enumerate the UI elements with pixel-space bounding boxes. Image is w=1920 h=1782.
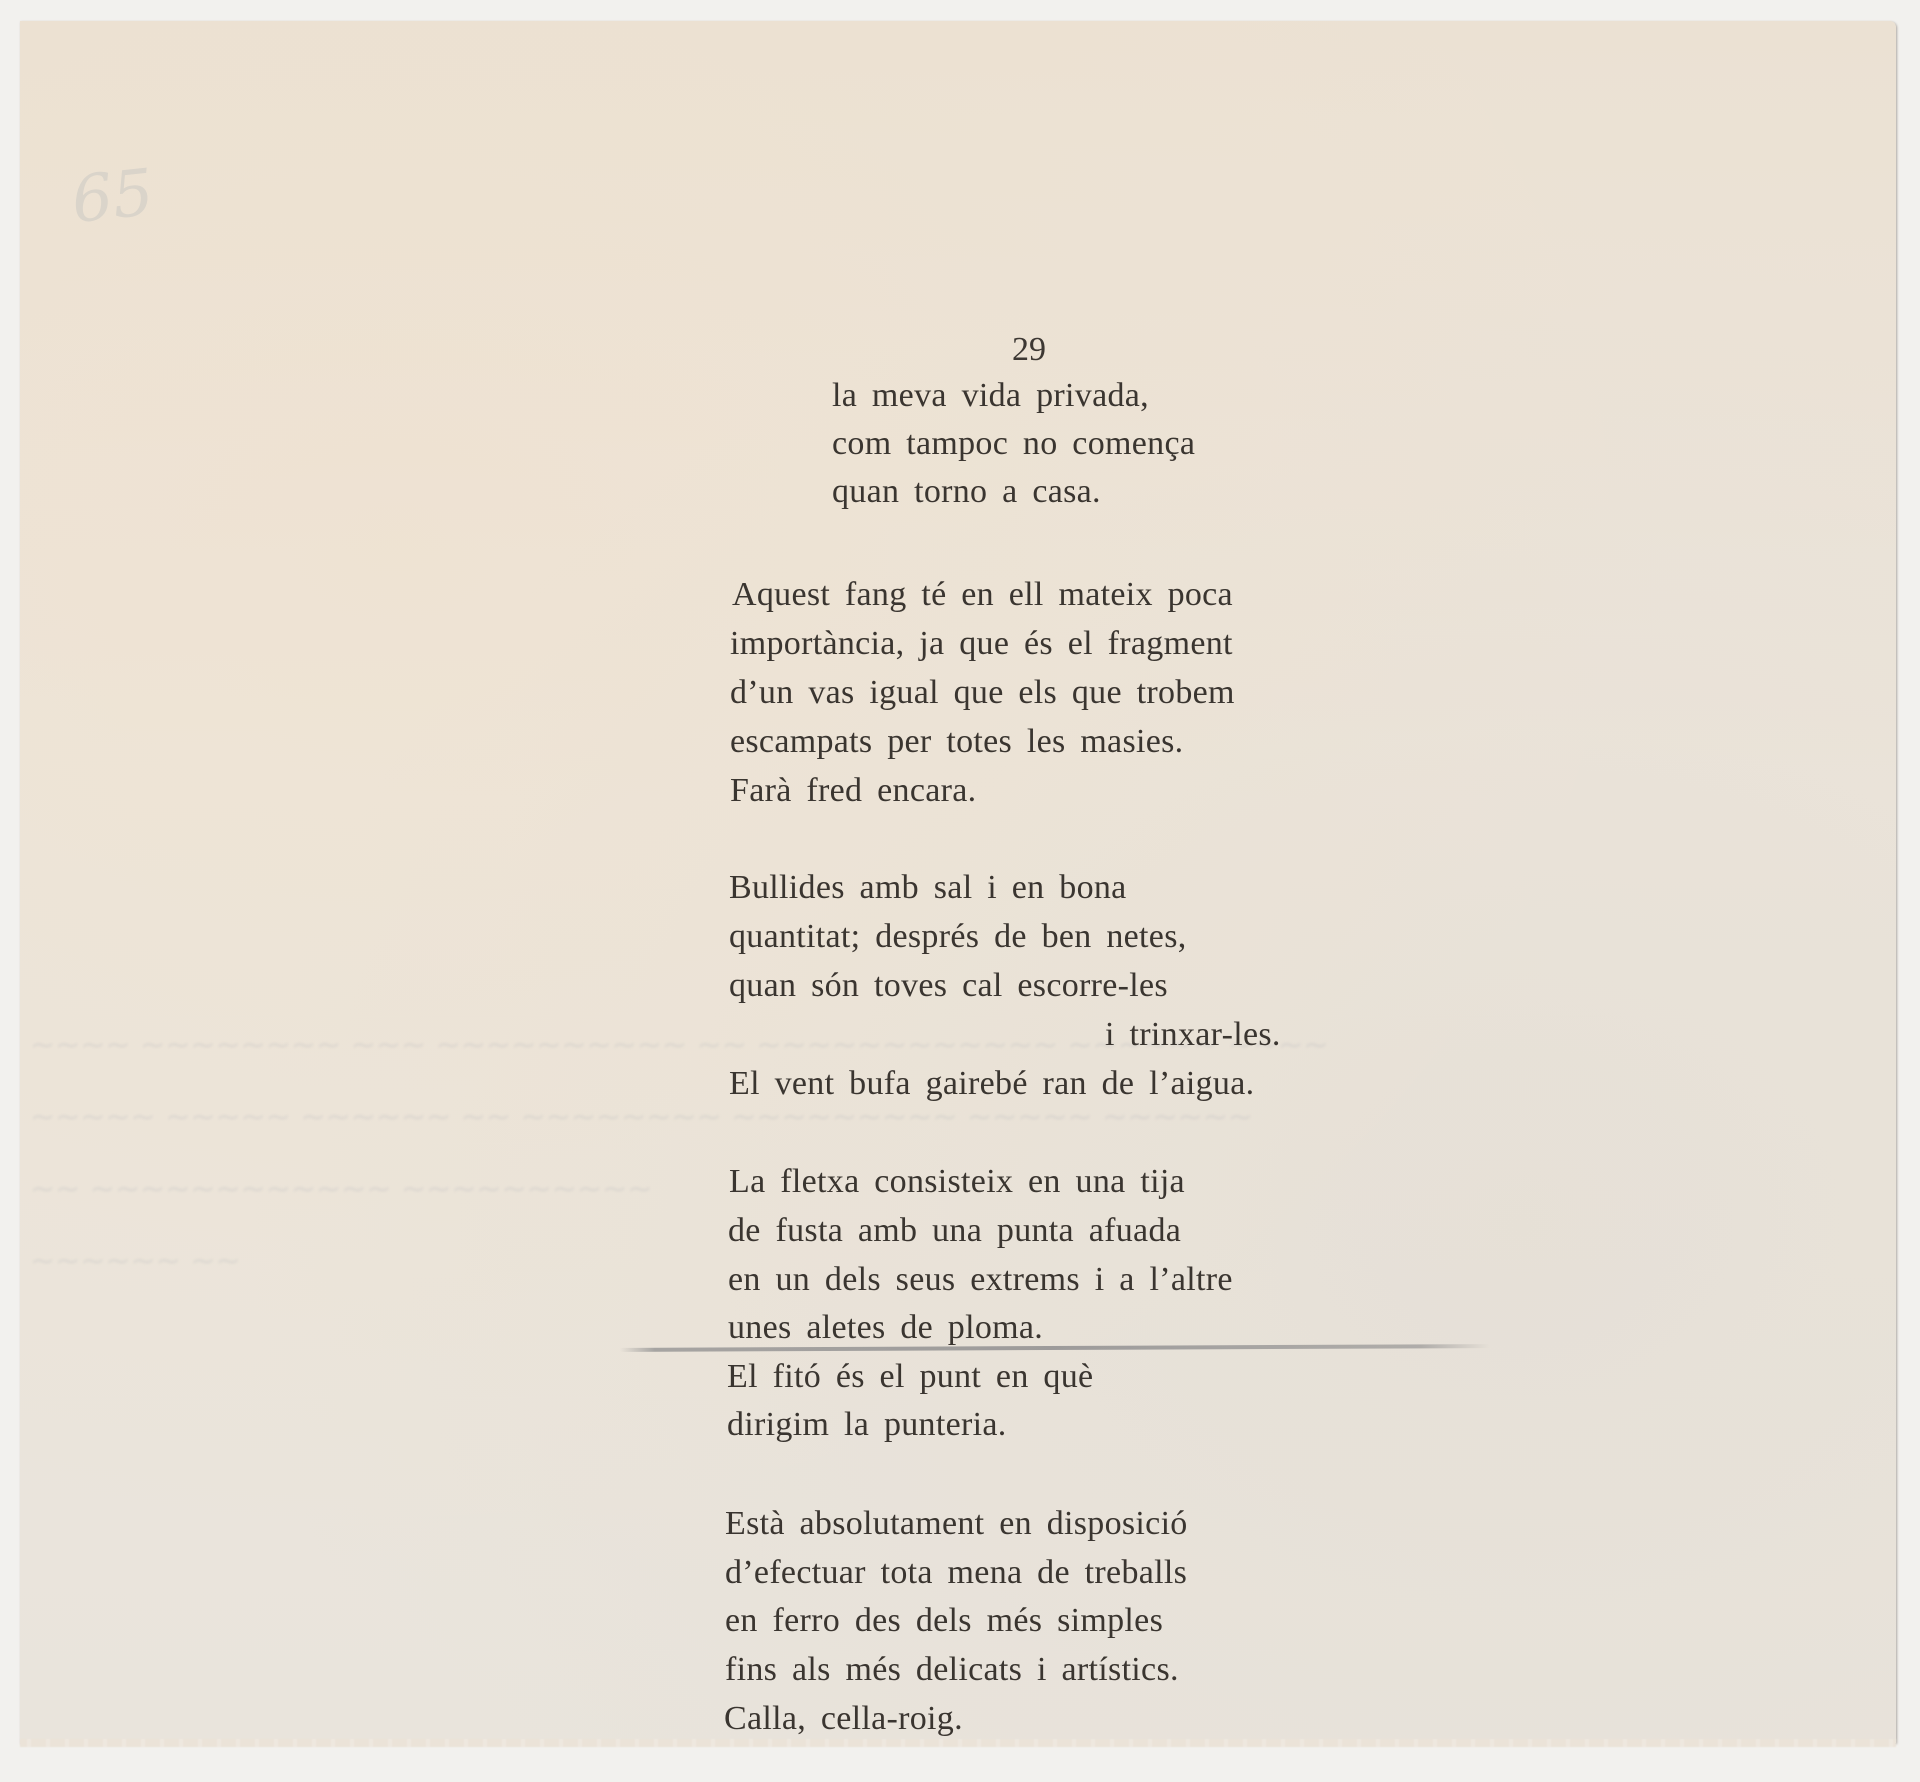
text-line: com tampoc no comença: [832, 424, 1195, 464]
text-line: La fletxa consisteix en una tija: [729, 1162, 1185, 1202]
text-line: quantitat; després de ben netes,: [729, 917, 1187, 957]
text-line: Bullides amb sal i en bona: [729, 868, 1127, 908]
pencil-annotation: 65: [68, 156, 157, 238]
text-line: de fusta amb una punta afuada: [728, 1211, 1181, 1251]
text-line: i trinxar-les.: [1105, 1015, 1281, 1055]
text-line: El vent bufa gairebé ran de l’aigua.: [729, 1064, 1254, 1104]
text-line: en un dels seus extrems i a l’altre: [728, 1260, 1233, 1300]
text-line: Està absolutament en disposició: [725, 1504, 1188, 1544]
text-line: Aquest fang té en ell mateix poca: [732, 575, 1233, 615]
text-line: El fitó és el punt en què: [727, 1357, 1093, 1397]
text-line: quan torno a casa.: [832, 472, 1101, 512]
text-line: quan són toves cal escorre-les: [729, 966, 1168, 1006]
text-line: importància, ja que és el fragment: [730, 624, 1233, 664]
text-line: la meva vida privada,: [832, 376, 1149, 416]
text-line: unes aletes de ploma.: [728, 1308, 1043, 1348]
text-line: d’un vas igual que els que trobem: [730, 673, 1235, 713]
text-line: dirigim la punteria.: [727, 1405, 1007, 1445]
text-line: escampats per totes les masies.: [730, 722, 1183, 762]
text-line: Farà fred encara.: [730, 771, 976, 811]
bleed-through-text: ~~~~ ~~~~~~~~ ~~~ ~~~~~~~~~~ ~~ ~~~~~~~~…: [30, 1010, 1530, 1298]
page-number: 29: [1012, 330, 1046, 370]
text-line: Calla, cella-roig.: [724, 1699, 963, 1739]
text-line: d’efectuar tota mena de treballs: [725, 1553, 1187, 1593]
text-line: fins als més delicats i artístics.: [725, 1650, 1179, 1690]
torn-bottom-edge: [20, 1739, 1896, 1747]
text-line: en ferro des dels més simples: [725, 1601, 1163, 1641]
